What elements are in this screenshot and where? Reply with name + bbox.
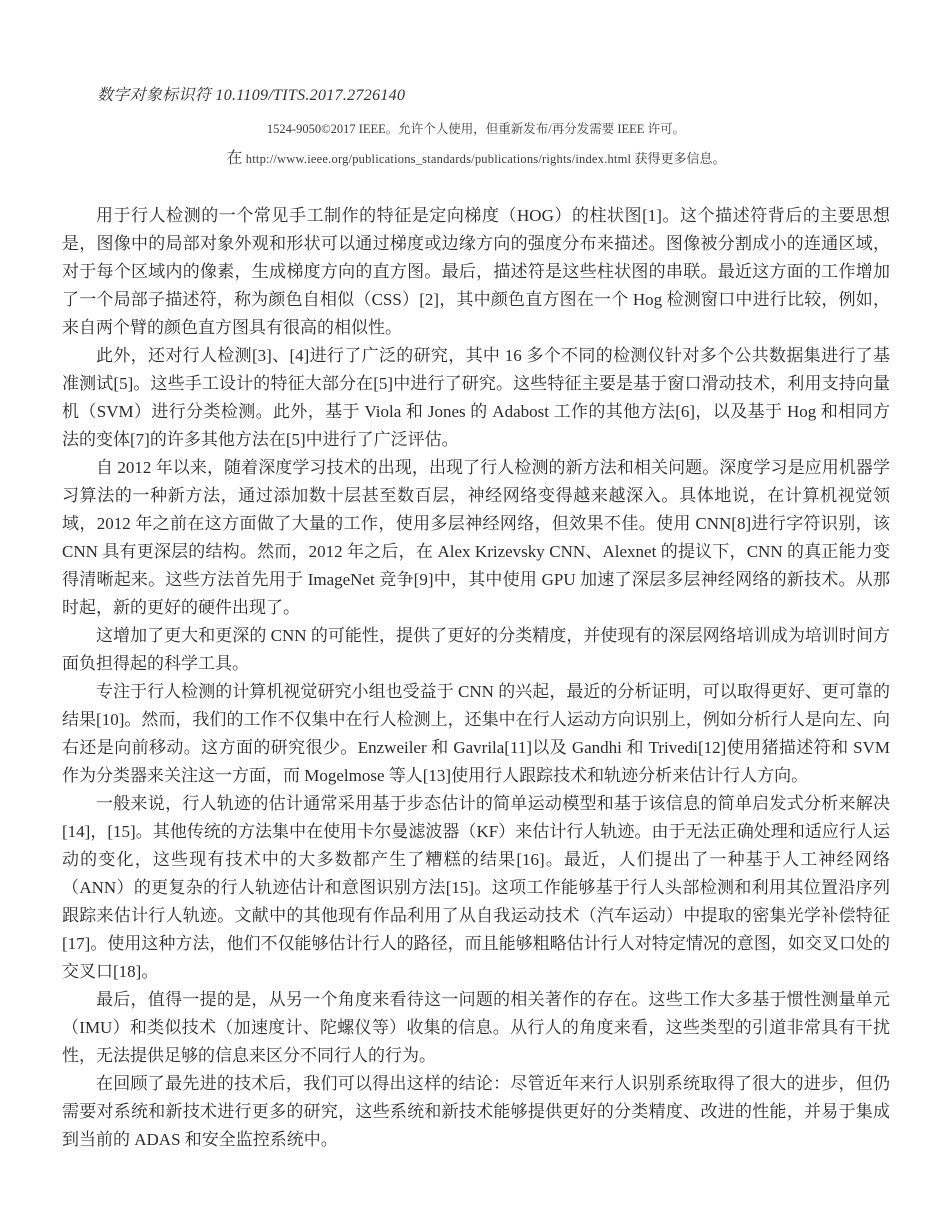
paragraph-conclusion: 在回顾了最先进的技术后，我们可以得出这样的结论：尽管近年来行人识别系统取得了很大… — [62, 1070, 890, 1154]
rights-info-suffix: 获得更多信息。 — [634, 151, 725, 166]
paragraph-benchmark-svm: 此外，还对行人检测[3]、[4]进行了广泛的研究，其中 16 多个不同的检测仪针… — [62, 342, 890, 454]
rights-url: http://www.ieee.org/publications_standar… — [246, 152, 631, 166]
copyright-line: 1524-9050©2017 IEEE。允许个人使用，但重新发布/再分发需要 I… — [62, 121, 890, 137]
document-page: 数字对象标识符 10.1109/TITS.2017.2726140 1524-9… — [0, 0, 952, 1232]
article-body: 用于行人检测的一个常见手工制作的特征是定向梯度（HOG）的柱状图[1]。这个描述… — [62, 202, 890, 1154]
paragraph-imu-related-work: 最后，值得一提的是，从另一个角度来看待这一问题的相关著作的存在。这些工作大多基于… — [62, 986, 890, 1070]
rights-info-prefix: 在 — [227, 150, 243, 167]
rights-info-line: 在 http://www.ieee.org/publications_stand… — [62, 150, 890, 168]
paragraph-deep-learning: 自 2012 年以来，随着深度学习技术的出现，出现了行人检测的新方法和相关问题。… — [62, 454, 890, 622]
paragraph-hog-feature: 用于行人检测的一个常见手工制作的特征是定向梯度（HOG）的柱状图[1]。这个描述… — [62, 202, 890, 342]
doi-line: 数字对象标识符 10.1109/TITS.2017.2726140 — [97, 86, 890, 106]
paragraph-direction-recognition: 专注于行人检测的计算机视觉研究小组也受益于 CNN 的兴起，最近的分析证明，可以… — [62, 678, 890, 790]
paragraph-trajectory-estimation: 一般来说，行人轨迹的估计通常采用基于步态估计的简单运动模型和基于该信息的简单启发… — [62, 790, 890, 986]
paragraph-bigger-cnn: 这增加了更大和更深的 CNN 的可能性，提供了更好的分类精度，并使现有的深层网络… — [62, 622, 890, 678]
